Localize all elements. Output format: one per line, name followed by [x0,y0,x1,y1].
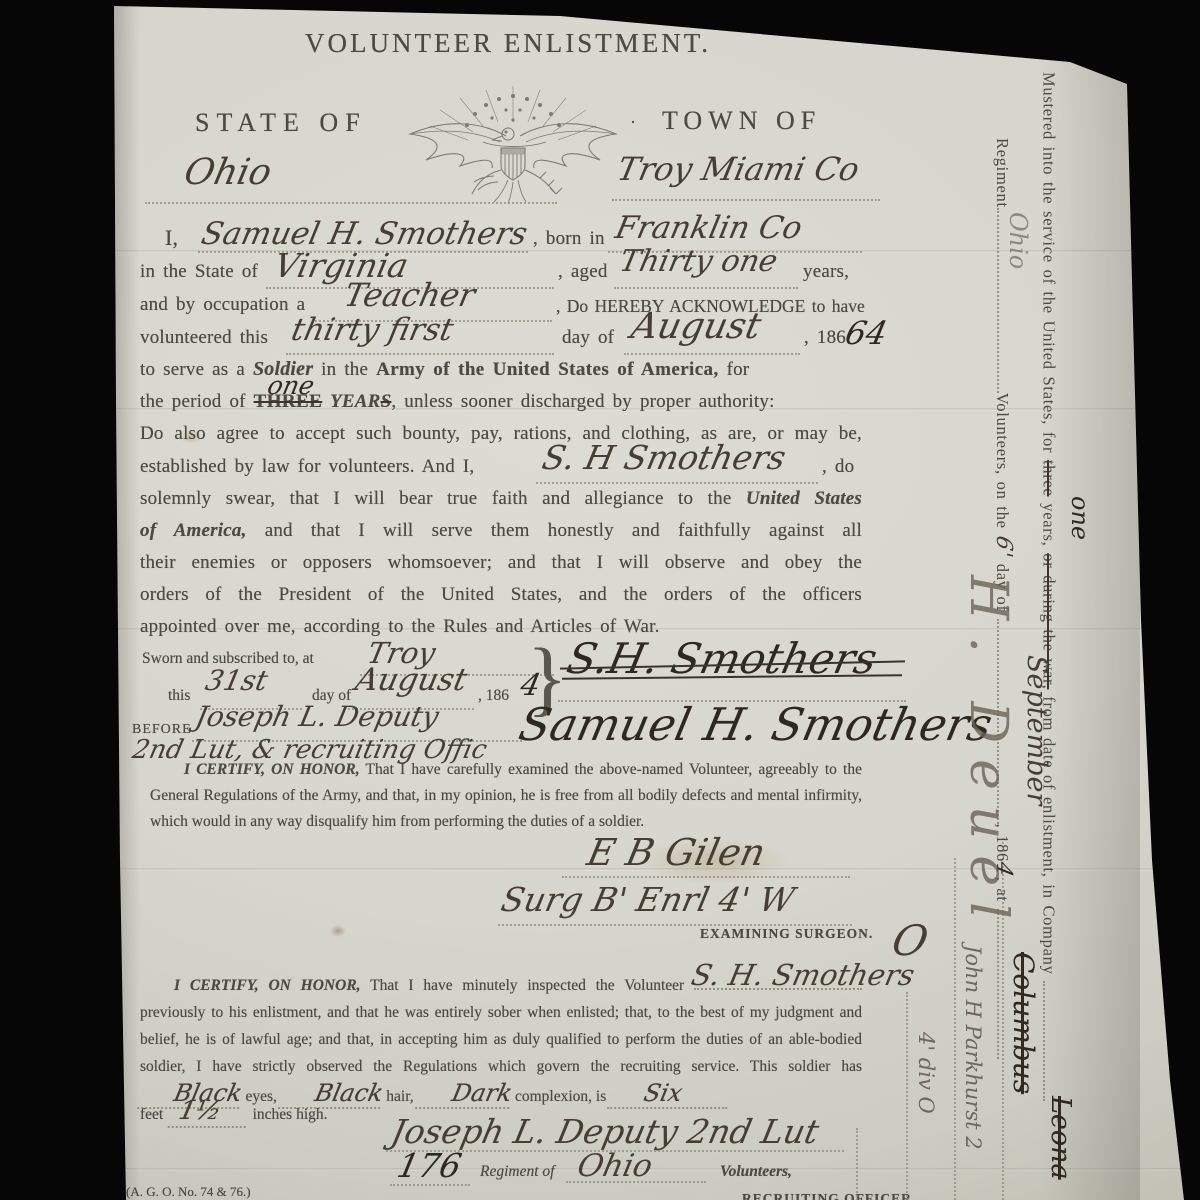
three-struck: THREE [254,391,323,412]
oath-l5c: for [719,359,750,380]
volunteers-label: Volunteers, [720,1163,792,1181]
of-america-bold: of America, [140,520,247,541]
volunteer-signature-handwriting: Samuel H. Smothers [514,698,997,751]
state-value-handwriting: Ohio [181,152,276,193]
footer-form-number: (A. G. O. No. 74 & 76.) [126,1184,251,1200]
town-of-label: TOWN OF [662,106,821,136]
recruiter-p7: inches high. [253,1106,328,1123]
age-handwriting: Thirty one [616,244,780,279]
oath-l11: their enemies or opposers whomsoever; an… [140,552,862,574]
surgeon-rank-handwriting: Surg B' Enrl 4' W [498,880,798,919]
margin-regiment-state-handwriting: Ohio [1004,212,1032,269]
sworn-day-handwriting: 31st [202,664,270,697]
margin-company-struck-handwriting: Leona [1045,1096,1076,1180]
oath-l2a: in the State of [140,261,258,283]
mustering-officer-signature-handwriting: H. Deuel [958,575,1018,935]
margin-colA-1: Mustered into the service of the United … [1040,72,1059,460]
sworn-month-handwriting: August [352,662,470,698]
regiment-number-handwriting: 176 [394,1146,465,1185]
margin-script-division: 4' div O [914,1032,938,1114]
margin-script-parkhurst: John H Parkhurst 2 [961,945,985,1150]
dotted-blank-line-vertical [954,858,956,1200]
regiment-state-handwriting: Ohio [574,1148,656,1184]
enlist-year-handwriting: 64 [842,314,891,352]
oath-l5: to serve as a Soldier in the Army of the… [140,358,749,381]
oath-l10: of America, and that I will serve them h… [140,520,862,542]
margin-day-handwriting: 6' [991,533,1016,560]
surgeon-signature-handwriting: E B Gilen [583,831,769,874]
oath-l4a: volunteered this [140,327,268,349]
oath-l1b: , born in [533,228,605,250]
margin-mustered-line: Mustered into the service of the United … [1039,72,1063,1101]
paper-sheet: VOLUNTEER ENLISTMENT. [0,0,1200,1200]
oath-l5b: in the [313,359,376,380]
enlist-month-handwriting: August [628,306,765,347]
year-word: YEAR [330,391,380,412]
dotted-blank-line [624,353,800,355]
margin-colA-2: years, [1040,496,1059,553]
margin-colB-1: Regiment [993,138,1012,208]
recruiter-p5: complexion, is [511,1088,610,1105]
height-feet-handwriting: Six [607,1080,733,1109]
dotted-blank-line [536,482,818,484]
margin-colB-2: Volunteers, on the [993,393,1012,536]
birthplace-handwriting: Franklin Co [612,210,805,246]
oath-l3a: and by occupation a [140,294,305,316]
oath-l6a: the period of [140,391,254,412]
oath-l8b: , do [822,456,854,478]
dotted-blank-inline [1044,981,1063,1101]
complexion-handwriting: Dark [414,1080,514,1109]
surgeon-certificate: I CERTIFY, ON HONOR, That I have careful… [150,757,862,835]
dotted-blank-line [614,287,798,289]
height-inches-handwriting: 1½ [168,1096,253,1128]
oath-l6: the period of THREE YEARS, unless sooner… [140,391,775,413]
margin-month-handwriting: September [1021,655,1052,805]
dotted-blank-line [390,1184,470,1186]
margin-three-struck: three [1040,460,1059,496]
oath-l8a: established by law for volunteers. And I… [140,456,474,478]
dotted-blank-line [286,353,554,355]
recruiter-certify-lead: I CERTIFY, ON HONOR, [174,977,361,994]
dotted-blank-line-vertical [856,1128,858,1200]
recruiter-p1: That I have minutely inspected the Volun… [361,977,694,994]
year-s-struck: S [381,391,392,412]
oath-signature-handwriting: S. H Smothers [539,438,789,477]
margin-place-struck-handwriting: Columbus [1007,952,1040,1094]
oath-l9a: solemnly swear, that I will bear true fa… [140,488,746,509]
oath-l9: solemnly swear, that I will bear true fa… [140,488,862,510]
dotted-blank-line [145,202,557,204]
inspected-volunteer-name-handwriting: S. H. Smothers [688,958,917,992]
united-states-bold: United States [746,488,862,509]
dotted-blank-line [566,1181,706,1183]
oath-l2b: , aged [558,261,608,283]
sworn-l2a: this [168,687,190,705]
height-line: feet 1½ inches high. [140,1096,328,1128]
recruiter-p2: previously to his enlistment, and that h… [140,1004,862,1075]
recruiter-p4: hair, [382,1088,417,1105]
enlist-day-handwriting: thirty first [288,312,456,348]
separator-dot: · [630,112,636,133]
oath-l4c: , 186 [804,327,846,349]
oath-l4b: day of [562,327,614,349]
scanned-enlistment-document: VOLUNTEER ENLISTMENT. [0,0,1200,1200]
oath-l1a: I, [165,225,178,251]
struck-signature-handwriting: S.H. Smothers [563,634,882,683]
surgeon-certify-lead: I CERTIFY, ON HONOR, [184,761,360,778]
recruiter-certificate: I CERTIFY, ON HONOR, That I have minutel… [140,972,862,1110]
dotted-blank-line-vertical [906,992,908,1200]
officer-name-handwriting: Joseph L. Deputy [192,700,441,733]
oath-l5a: to serve as a [140,359,253,380]
recruiting-officer-label: RECRUITING OFFICER. [742,1191,916,1200]
town-value-handwriting: Troy Miami Co [614,150,863,188]
dotted-blank-line [612,199,880,201]
occupation-handwriting: Teacher [341,276,479,314]
oath-l6b: , unless sooner discharged by proper aut… [391,391,774,412]
eagle-emblem-icon [388,70,638,220]
document-title: VOLUNTEER ENLISTMENT. [305,28,711,59]
examining-surgeon-label: EXAMINING SURGEON. [700,926,873,942]
margin-one-handwriting: one [1066,496,1094,540]
sworn-l2c: , 186 [478,687,509,705]
oath-l12: orders of the President of the United St… [140,584,862,606]
state-of-label: STATE OF [195,108,367,138]
army-phrase: Army of the United States of America, [376,359,719,380]
edge-shadow [114,0,140,1200]
oath-l10-rest: and that I will serve them honestly and … [247,520,862,541]
regiment-of-label: Regiment of [480,1163,554,1181]
oath-l2c: years, [803,261,849,283]
paper-speck [330,925,346,937]
recruiter-p6: feet [140,1106,163,1123]
dotted-blank-line [562,876,850,878]
